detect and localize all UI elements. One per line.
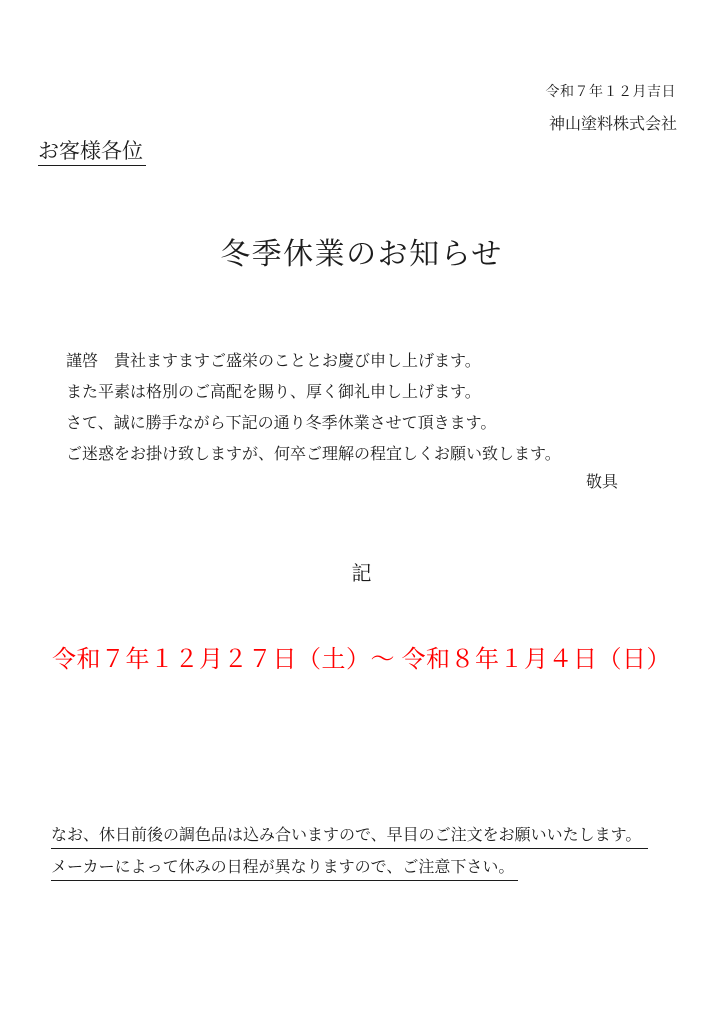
holiday-period-dates: 令和７年１２月２７日（土）～ 令和８年１月４日（日） xyxy=(0,644,723,676)
announcement-line: さて、誠に勝手ながら下記の通り冬季休業させて頂きます。 xyxy=(66,408,683,439)
record-marker: 記 xyxy=(0,561,723,587)
notice-document-page: 令和７年１２月吉日 神山塗料株式会社 お客様各位 冬季休業のお知らせ 謹啓 貴社… xyxy=(0,0,723,1024)
courtesy-line: また平素は格別のご高配を賜り、厚く御礼申し上げます。 xyxy=(66,377,683,408)
company-name: 神山塗料株式会社 xyxy=(549,114,677,136)
apology-line: ご迷惑をお掛け致しますが、何卒ご理解の程宜しくお願い致します。 xyxy=(66,439,683,470)
notes-section: なお、休日前後の調色品は込み合いますので、早目のご注文をお願いいたします。 メー… xyxy=(51,826,648,890)
closing-keigu: 敬具 xyxy=(586,472,618,494)
addressee: お客様各位 xyxy=(38,140,146,166)
document-date: 令和７年１２月吉日 xyxy=(546,83,677,103)
page-title: 冬季休業のお知らせ xyxy=(0,236,723,274)
note-row: メーカーによって休みの日程が異なりますので、ご注意下さい。 xyxy=(51,858,648,881)
note-line-maker-schedule: メーカーによって休みの日程が異なりますので、ご注意下さい。 xyxy=(51,858,518,881)
note-row: なお、休日前後の調色品は込み合いますので、早目のご注文をお願いいたします。 xyxy=(51,826,648,849)
greeting-line: 謹啓 貴社ますますご盛栄のこととお慶び申し上げます。 xyxy=(66,346,683,377)
note-line-order-early: なお、休日前後の調色品は込み合いますので、早目のご注文をお願いいたします。 xyxy=(51,826,648,849)
body-paragraph: 謹啓 貴社ますますご盛栄のこととお慶び申し上げます。 また平素は格別のご高配を賜… xyxy=(66,346,683,470)
addressee-text: お客様各位 xyxy=(38,140,146,166)
